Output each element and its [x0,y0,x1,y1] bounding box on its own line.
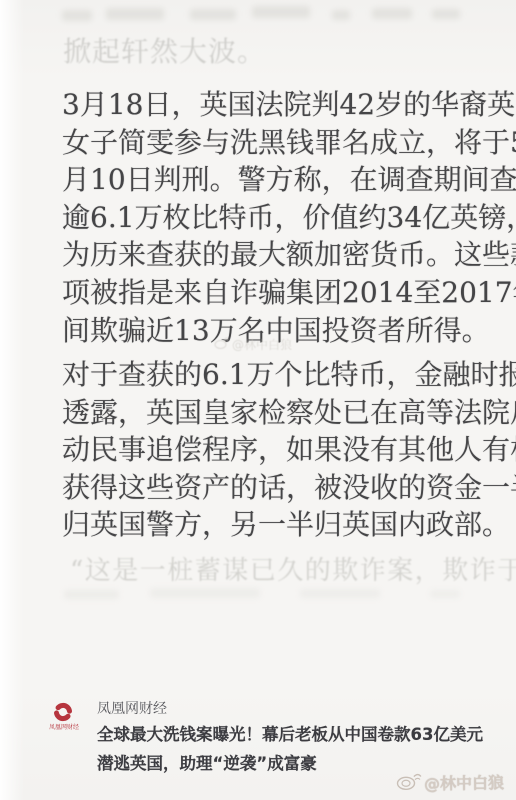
faded-intro-line: 掀起轩然大波。 [63,30,266,70]
text-line: 透露，英国皇家检察处已在高等法院启 [62,394,456,432]
weibo-icon [214,337,229,352]
weibo-icon [396,770,422,794]
article-screenshot: 掀起轩然大波。 3月18日，英国法院判42岁的华裔英国女子简雯参与洗黑钱罪名成立… [0,0,516,800]
ifeng-phoenix-logo-icon [53,702,73,722]
text-line: 逾6.1万枚比特币，价值约34亿英镑， [62,199,456,237]
ifeng-logo-caption: 凤凰网财经 [44,722,84,731]
text-line: 女子简雯参与洗黑钱罪名成立，将于5 [62,124,456,162]
watermark-handle: @林中白狼 [424,770,504,794]
watermark-handle: @林中白狼 [232,336,292,353]
text-line: 为历来查获的最大额加密货币。这些款 [62,236,456,274]
text-line: 动民事追偿程序，如果没有其他人有权 [62,431,456,469]
text-line: 3月18日，英国法院判42岁的华裔英国 [62,86,456,124]
corner-watermark: @林中白狼 [396,769,504,795]
mid-watermark: @林中白狼 [214,336,292,353]
text-line: 归英国警方，另一半归英国内政部。 [62,506,456,544]
text-line: 获得这些资产的话，被没收的资金一半 [62,469,456,507]
text-line: 项被指是来自诈骗集团2014至2017年 [62,274,456,312]
text-line: 对于查获的6.1万个比特币，金融时报 [62,356,456,394]
article-paragraph-2: 对于查获的6.1万个比特币，金融时报透露，英国皇家检察处已在高等法院启动民事追偿… [62,356,456,544]
text-line: 月10日判刑。警方称，在调查期间查获 [62,161,456,199]
article-paragraph-1: 3月18日，英国法院判42岁的华裔英国女子简雯参与洗黑钱罪名成立，将于5月10日… [62,86,456,349]
faded-quote-line: “这是一桩蓄谋已久的欺诈案，欺诈于 [70,550,516,587]
source-name: 凤凰网财经 [97,698,167,718]
headline-line-1: 全球最大洗钱案曝光！幕后老板从中国卷款63亿美元 [97,720,492,749]
